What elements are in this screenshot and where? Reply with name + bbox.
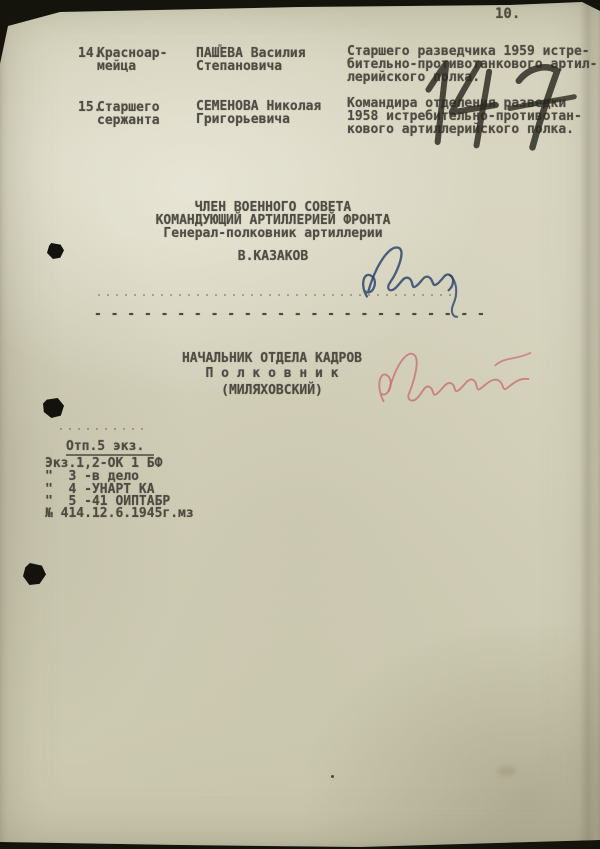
paper-speck [331, 775, 334, 778]
signatory-secondary-name: (МИЛЯХОВСКИЙ) [152, 384, 392, 397]
scanned-page-background: 10. 14. Красноар- мейца ПАШЕВА Василия С… [0, 0, 600, 849]
row-14-rank-line2: мейца [97, 60, 136, 73]
signatory-secondary-title-line2: П о л к о в н и к [152, 367, 392, 380]
faint-dotted-trace [60, 428, 145, 430]
pencil-stroke [427, 63, 447, 143]
red-pencil-stroke [495, 353, 532, 365]
row-14-name-line2: Степановича [196, 60, 282, 73]
paper-smudge [498, 766, 516, 776]
faint-dotted-line [98, 294, 456, 296]
row-15-rank-line2: сержанта [97, 114, 160, 127]
milyakhovsky-signature [365, 332, 550, 422]
ink-stroke [366, 245, 453, 295]
signatory-secondary-title-line1: НАЧАЛЬНИК ОТДЕЛА КАДРОВ [152, 352, 392, 365]
paper-speck [218, 44, 222, 47]
distribution-header: Отп.5 экз. [66, 440, 154, 456]
handwritten-number-147 [396, 53, 594, 155]
red-pencil-stroke [386, 346, 529, 402]
page-number: 10. [495, 8, 520, 21]
dashed-separator: - - - - - - - - - - - - - - - - - - - - … [94, 308, 485, 321]
row-15-name-line2: Григорьевича [196, 113, 290, 126]
distribution-header-text: Отп.5 экз. [66, 440, 154, 456]
document-reference-number: № 414.12.6.1945г.мз [45, 507, 194, 520]
